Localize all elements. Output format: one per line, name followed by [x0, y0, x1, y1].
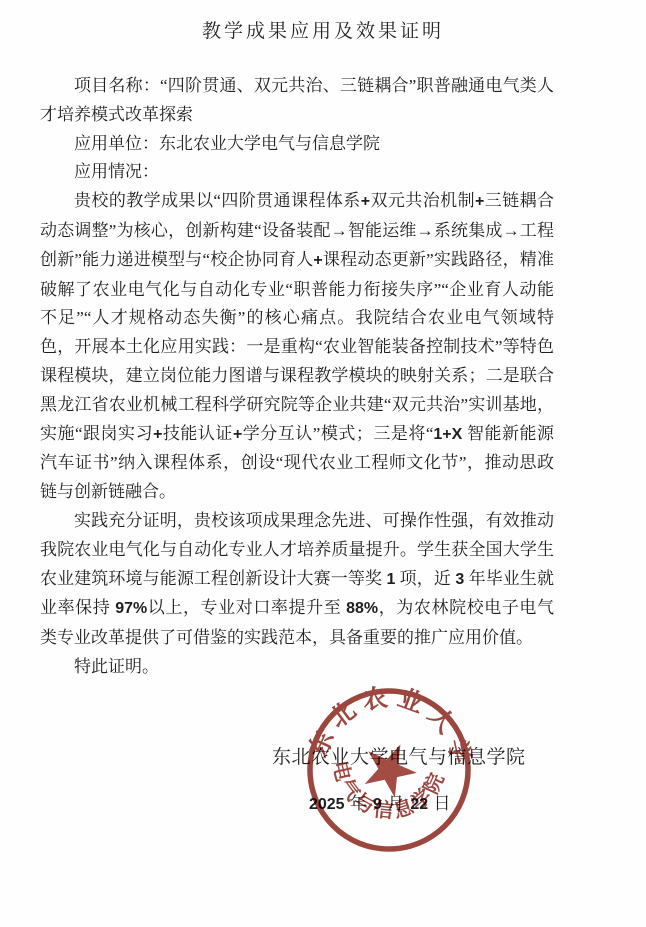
paragraph: 项目名称：“四阶贯通、双元共治、三链耦合”职普融通电气类人才培养模式改革探索	[40, 72, 554, 130]
paragraph: 应用单位：东北农业大学电气与信息学院	[40, 130, 554, 159]
official-seal: 东北农业大学 电气与信息学院	[294, 675, 483, 864]
document-title: 教学成果应用及效果证明	[0, 0, 646, 43]
paragraph: 实践充分证明，贵校该项成果理念先进、可操作性强，有效推动我院农业电气化与自动化专…	[40, 507, 554, 653]
signature-org: 东北农业大学电气与信息学院	[272, 742, 526, 769]
certificate-page: 教学成果应用及效果证明 项目名称：“四阶贯通、双元共治、三链耦合”职普融通电气类…	[0, 0, 646, 927]
paragraph: 贵校的教学成果以“四阶贯通课程体系+双元共治机制+三链耦合动态调整”为核心，创新…	[40, 187, 554, 507]
seal-ring	[302, 683, 476, 857]
document-body: 项目名称：“四阶贯通、双元共治、三链耦合”职普融通电气类人才培养模式改革探索应用…	[40, 72, 554, 682]
paragraph: 应用情况：	[40, 158, 554, 187]
signature-date: 2025 年 9 月 22 日	[309, 789, 451, 814]
paragraph: 特此证明。	[40, 653, 554, 682]
